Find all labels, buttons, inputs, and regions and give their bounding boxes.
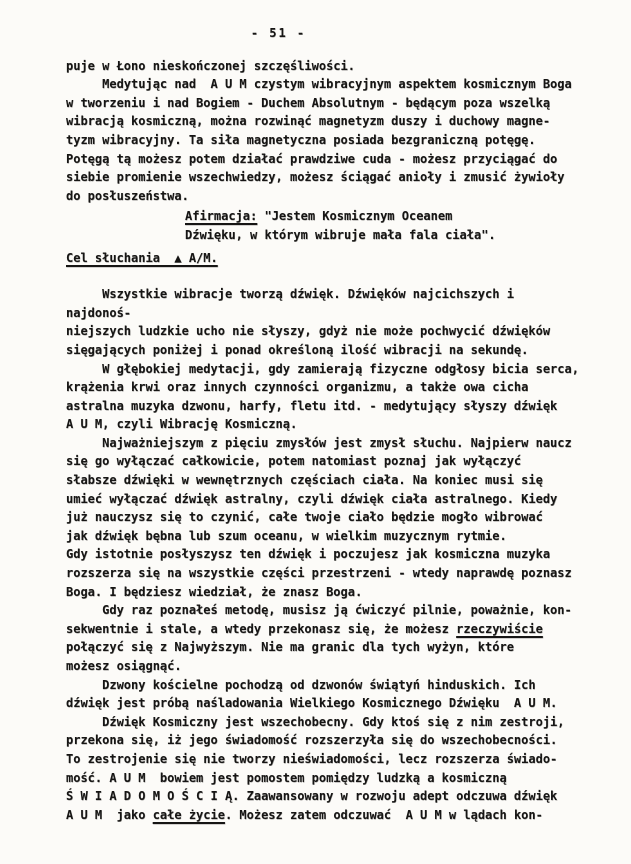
cosmic-underlined-phrase: całe życie <box>153 808 225 822</box>
section-heading-listening-goal: Cel słuchania ▲ A/M. <box>66 249 585 268</box>
paragraph-vibrations-sound: Wszystkie wibracje tworzą dźwięk. Dźwięk… <box>66 285 585 359</box>
cosmic-text-before: Dźwięk Kosmiczny jest wszechobecny. Gdy … <box>66 715 565 822</box>
cosmic-text-after: . Możesz zatem odczuwać A U M w lądach k… <box>225 808 543 822</box>
page-number: - 51 - <box>19 24 538 43</box>
document-page: - 51 - puje w Łono nieskończonej szczęśl… <box>0 0 631 864</box>
paragraph-deep-meditation: W głębokiej medytacji, gdy zamierają fiz… <box>66 360 585 434</box>
affirmation-label: Afirmacja: <box>185 209 257 223</box>
method-underlined-word: rzeczywiście <box>456 622 543 636</box>
paragraph-intro-continuation: puje w Łono nieskończonej szczęśliwości. <box>66 57 585 76</box>
paragraph-meditation-aum: Medytując nad A U M czystym wibracyjnym … <box>66 75 585 205</box>
paragraph-practice-method: Gdy raz poznałeś metodę, musisz ją ćwicz… <box>66 601 585 675</box>
paragraph-cosmic-sound-omnipresent: Dźwięk Kosmiczny jest wszechobecny. Gdy … <box>66 713 585 825</box>
paragraph-church-bells: Dzwony kościelne pochodzą od dzwonów świ… <box>66 676 585 713</box>
affirmation-block: Afirmacja: "Jestem Kosmicznym Oceanem Dź… <box>185 207 585 244</box>
method-text-after: połączyć się z Najwyższym. Nie ma granic… <box>66 640 514 673</box>
paragraph-sense-of-hearing: Najważniejszym z pięciu zmysłów jest zmy… <box>66 434 585 601</box>
